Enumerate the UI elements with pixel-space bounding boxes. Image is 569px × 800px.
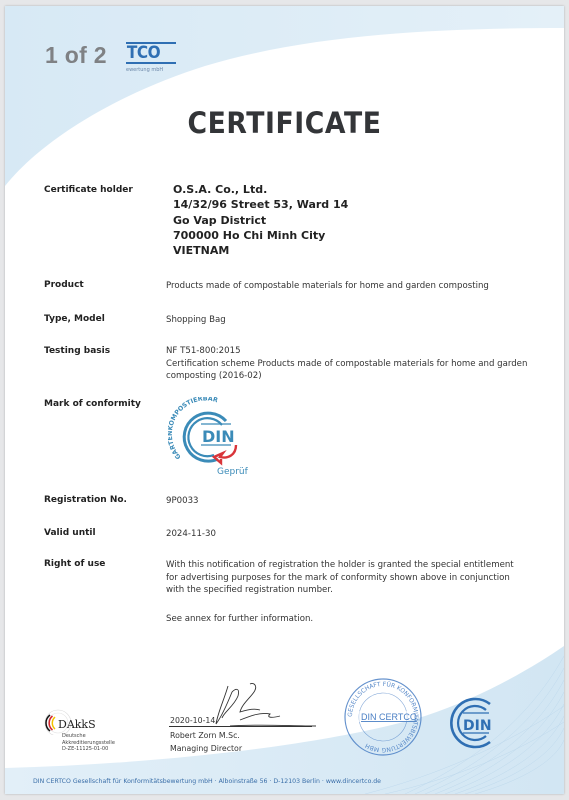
- right-of-use-line: with the specified registration number.: [166, 584, 514, 597]
- holder-line: O.S.A. Co., Ltd.: [173, 182, 348, 197]
- signature-block: 2020-10-14: [170, 716, 215, 725]
- mark-center-text: DIN: [202, 427, 235, 446]
- mark-of-conformity-label: Mark of conformity: [44, 399, 141, 409]
- type-model-value: Shopping Bag: [166, 314, 226, 327]
- dakks-line: D-ZE-11125-01-00: [62, 746, 115, 753]
- right-of-use-line: With this notification of registration t…: [166, 559, 514, 572]
- holder-line: Go Vap District: [173, 213, 348, 228]
- signatory-name: Robert Zorn M.Sc.: [170, 729, 242, 742]
- dakks-logo-text: DAkkS: [58, 718, 96, 731]
- holder-line: VIETNAM: [173, 243, 348, 258]
- logo-subtext: ewertung mbH: [126, 67, 176, 73]
- valid-until-label: Valid until: [44, 528, 96, 538]
- logo-text: TCO: [126, 44, 171, 62]
- dincertco-logo: TCO ewertung mbH: [126, 42, 176, 73]
- mark-sub-text: Geprüft: [217, 467, 248, 477]
- testing-basis-line: composting (2016-02): [166, 370, 527, 383]
- certificate-page: 1 of 2 TCO ewertung mbH CERTIFICATE Cert…: [5, 6, 564, 794]
- dakks-logo: DAkkS: [41, 709, 111, 735]
- testing-basis-line: NF T51-800:2015: [166, 345, 527, 358]
- registration-no-label: Registration No.: [44, 495, 127, 505]
- signature-date: 2020-10-14: [170, 716, 215, 725]
- holder-line: 14/32/96 Street 53, Ward 14: [173, 197, 348, 212]
- certificate-holder-value: O.S.A. Co., Ltd. 14/32/96 Street 53, War…: [173, 182, 348, 258]
- signature-line: [169, 726, 312, 727]
- din-logo: DIN: [444, 694, 502, 752]
- signatory-role: Managing Director: [170, 742, 242, 755]
- testing-basis-label: Testing basis: [44, 346, 110, 356]
- din-logo-text: DIN: [463, 718, 492, 734]
- page-title: CERTIFICATE: [27, 106, 541, 140]
- testing-basis-value: NF T51-800:2015 Certification scheme Pro…: [166, 345, 527, 383]
- product-value: Products made of compostable materials f…: [166, 280, 489, 293]
- holder-line: 700000 Ho Chi Minh City: [173, 228, 348, 243]
- footer-address: DIN CERTCO Gesellschaft für Konformitäts…: [33, 778, 381, 785]
- page-indicator: 1 of 2: [45, 42, 107, 69]
- registration-no-value: 9P0033: [166, 495, 199, 508]
- valid-until-value: 2024-11-30: [166, 528, 216, 541]
- din-certco-stamp: GESELLSCHAFT FÜR KONFORMITÄTSBEWERTUNG M…: [342, 676, 424, 758]
- certificate-holder-label: Certificate holder: [44, 185, 133, 195]
- signature-image: [210, 682, 320, 732]
- signatory: Robert Zorn M.Sc. Managing Director: [170, 729, 242, 755]
- stamp-center-text: DIN CERTCO: [361, 712, 417, 722]
- type-model-label: Type, Model: [44, 314, 105, 324]
- right-of-use-label: Right of use: [44, 559, 105, 569]
- din-gartenkompostierbar-mark: GARTENKOMPOSTIERBAR DIN Geprüft: [168, 397, 248, 477]
- dakks-details: Deutsche Akkreditierungsstelle D-ZE-1112…: [62, 733, 115, 753]
- right-of-use-value: With this notification of registration t…: [166, 559, 514, 597]
- annex-note: See annex for further information.: [166, 613, 313, 626]
- testing-basis-line: Certification scheme Products made of co…: [166, 358, 527, 371]
- right-of-use-line: for advertising purposes for the mark of…: [166, 572, 514, 585]
- product-label: Product: [44, 280, 84, 290]
